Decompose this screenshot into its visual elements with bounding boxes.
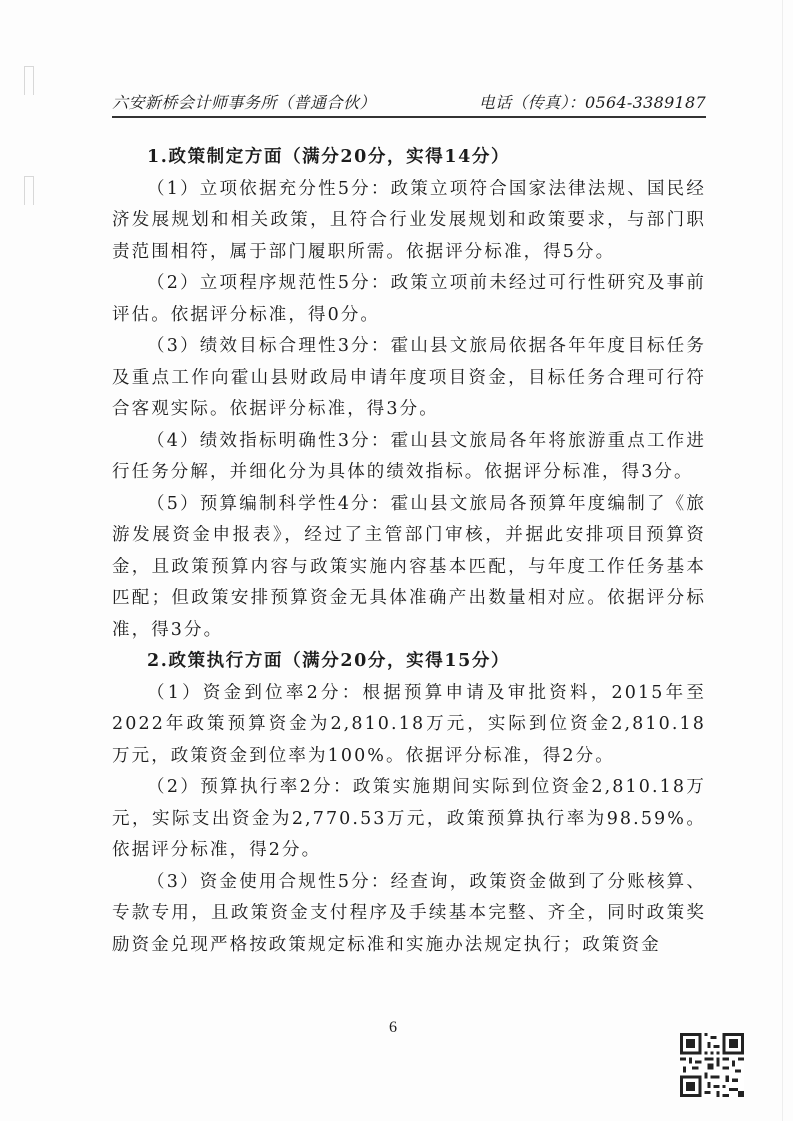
section-heading: 2.政策执行方面（满分20分，实得15分）: [112, 646, 706, 678]
scan-edge-line: [782, 0, 783, 1121]
page-number: 6: [389, 1019, 397, 1037]
paragraph: （2）立项程序规范性5分：政策立项前未经过可行性研究及事前评估。依据评分标准，得…: [112, 268, 706, 331]
paragraph: （3）绩效目标合理性3分：霍山县文旅局依据各年年度目标任务及重点工作向霍山县财政…: [112, 331, 706, 426]
firm-name: 六安新桥会计师事务所（普通合伙）: [112, 90, 376, 113]
section-heading: 1.政策制定方面（满分20分，实得14分）: [112, 142, 706, 174]
paragraph: （1）立项依据充分性5分：政策立项符合国家法律法规、国民经济发展规划和相关政策，…: [112, 174, 706, 269]
phone-fax: 电话（传真）：0564-3389187: [479, 90, 706, 113]
paragraph: （2）预算执行率2分：政策实施期间实际到位资金2,810.18万元，实际支出资金…: [112, 772, 706, 867]
qr-code-icon: [680, 1032, 744, 1098]
paragraph: （1）资金到位率2分：根据预算申请及审批资料，2015年至2022年政策预算资金…: [112, 678, 706, 773]
paragraph: （3）资金使用合规性5分：经查询，政策资金做到了分账核算、专款专用，且政策资金支…: [112, 867, 706, 962]
scan-edge-mark: [24, 176, 34, 205]
scan-edge-mark: [24, 66, 34, 95]
paragraph: （5）预算编制科学性4分：霍山县文旅局各预算年度编制了《旅游发展资金申报表》，经…: [112, 489, 706, 647]
page-header: 六安新桥会计师事务所（普通合伙） 电话（传真）：0564-3389187: [112, 88, 706, 118]
document-body: 1.政策制定方面（满分20分，实得14分） （1）立项依据充分性5分：政策立项符…: [112, 142, 706, 961]
paragraph: （4）绩效指标明确性3分：霍山县文旅局各年将旅游重点工作进行任务分解，并细化分为…: [112, 426, 706, 489]
